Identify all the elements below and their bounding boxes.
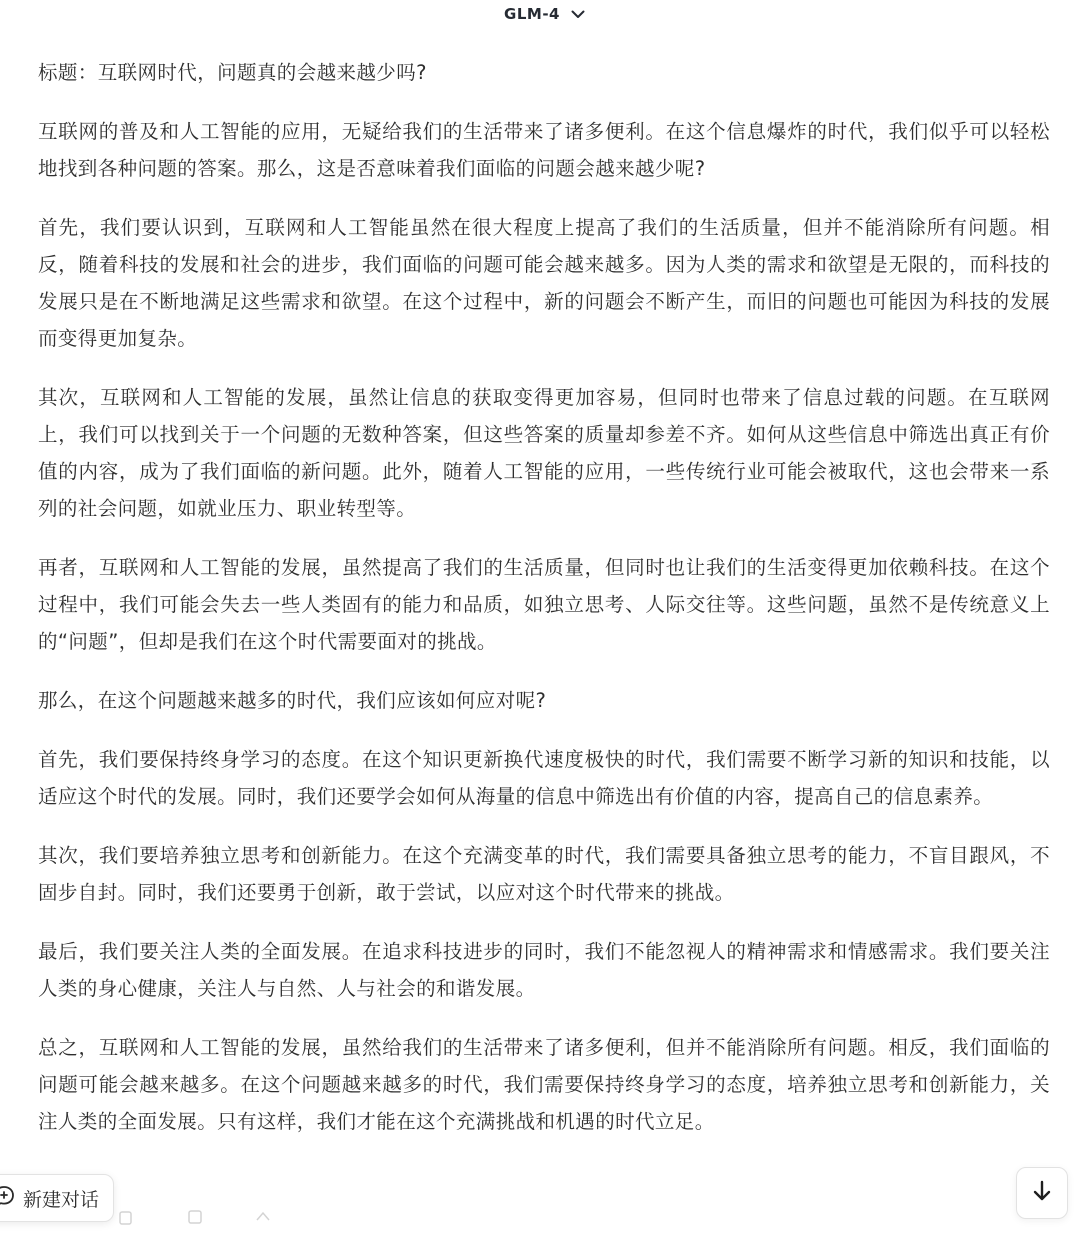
- assistant-message: 标题：互联网时代，问题真的会越来越少吗? 互联网的普及和人工智能的应用，无疑给我…: [38, 54, 1050, 1162]
- new-chat-label: 新建对话: [23, 1185, 99, 1212]
- scroll-to-bottom-button[interactable]: [1016, 1167, 1068, 1219]
- message-paragraph: 最后，我们要关注人类的全面发展。在追求科技进步的同时，我们不能忽视人的精神需求和…: [38, 933, 1050, 1007]
- thumbs-up-icon[interactable]: [254, 1208, 272, 1226]
- arrow-down-icon: [1031, 1179, 1053, 1207]
- message-title: 标题：互联网时代，问题真的会越来越少吗?: [38, 54, 1050, 91]
- chevron-down-icon: [570, 6, 586, 22]
- share-icon[interactable]: [186, 1208, 204, 1226]
- chat-bubble-plus-icon: [0, 1185, 15, 1211]
- message-paragraph: 首先，我们要保持终身学习的态度。在这个知识更新换代速度极快的时代，我们需要不断学…: [38, 741, 1050, 815]
- message-actions: [118, 1208, 272, 1226]
- message-paragraph: 再者，互联网和人工智能的发展，虽然提高了我们的生活质量，但同时也让我们的生活变得…: [38, 549, 1050, 660]
- top-bar: GLM-4: [0, 0, 1080, 28]
- message-paragraph: 那么，在这个问题越来越多的时代，我们应该如何应对呢?: [38, 682, 1050, 719]
- model-selector[interactable]: GLM-4: [504, 5, 586, 23]
- copy-icon[interactable]: [118, 1208, 136, 1226]
- message-paragraph: 其次，我们要培养独立思考和创新能力。在这个充满变革的时代，我们需要具备独立思考的…: [38, 837, 1050, 911]
- message-paragraph: 总之，互联网和人工智能的发展，虽然给我们的生活带来了诸多便利，但并不能消除所有问…: [38, 1029, 1050, 1140]
- message-paragraph: 互联网的普及和人工智能的应用，无疑给我们的生活带来了诸多便利。在这个信息爆炸的时…: [38, 113, 1050, 187]
- new-chat-button[interactable]: 新建对话: [0, 1174, 114, 1222]
- model-name: GLM-4: [504, 5, 560, 23]
- message-paragraph: 其次，互联网和人工智能的发展，虽然让信息的获取变得更加容易，但同时也带来了信息过…: [38, 379, 1050, 527]
- message-paragraph: 首先，我们要认识到，互联网和人工智能虽然在很大程度上提高了我们的生活质量，但并不…: [38, 209, 1050, 357]
